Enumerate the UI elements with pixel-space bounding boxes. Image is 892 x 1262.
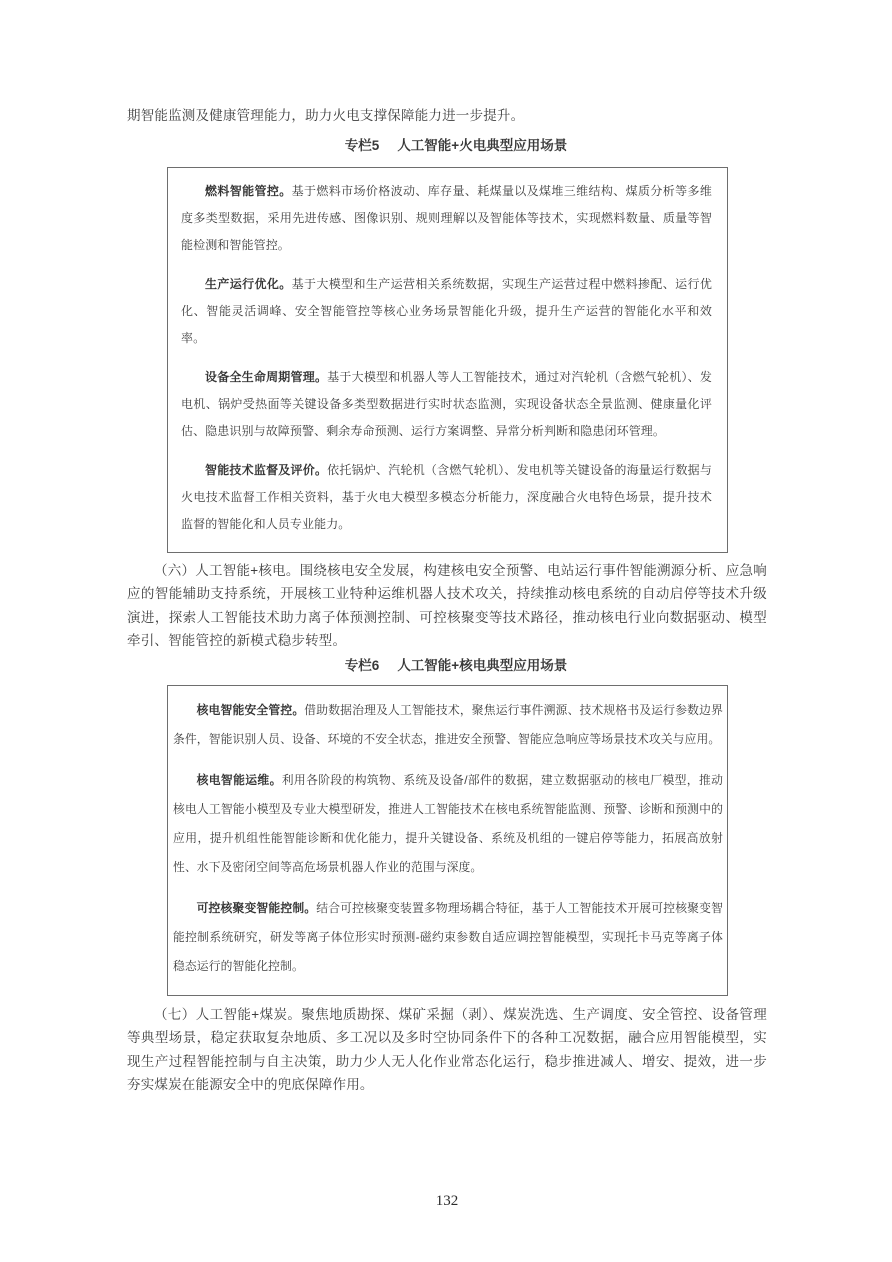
- panel5-item-1-heading: 燃料智能管控。: [205, 184, 292, 198]
- panel5-caption-label: 专栏5: [345, 138, 380, 153]
- panel5-box: 燃料智能管控。基于燃料市场价格波动、库存量、耗煤量以及煤堆三维结构、煤质分析等多…: [167, 167, 728, 553]
- panel6-caption: 专栏6人工智能+核电典型应用场景: [136, 655, 776, 677]
- panel6-item-1-heading: 核电智能安全管控。: [197, 703, 305, 717]
- panel5-caption-title: 人工智能+火电典型应用场景: [397, 138, 567, 153]
- panel5-item-4: 智能技术监督及评价。依托锅炉、汽轮机（含燃气轮机）、发电机等关键设备的海量运行数…: [181, 457, 712, 538]
- continuation-paragraph: 期智能监测及健康管理能力，助力火电支撑保障能力进一步提升。: [127, 104, 767, 128]
- panel5-caption: 专栏5人工智能+火电典型应用场景: [136, 135, 776, 157]
- panel5-item-2-heading: 生产运行优化。: [205, 277, 292, 291]
- panel6-item-2-body: 利用各阶段的构筑物、系统及设备/部件的数据，建立数据驱动的核电厂模型，推动核电人…: [173, 773, 723, 874]
- panel5-item-4-heading: 智能技术监督及评价。: [205, 463, 327, 477]
- panel6-item-1: 核电智能安全管控。借助数据治理及人工智能技术，聚焦运行事件溯源、技术规格书及运行…: [173, 696, 723, 754]
- panel6-item-2-heading: 核电智能运维。: [197, 773, 282, 787]
- document-page: 期智能监测及健康管理能力，助力火电支撑保障能力进一步提升。 专栏5人工智能+火电…: [0, 0, 892, 1262]
- panel5-item-2: 生产运行优化。基于大模型和生产运营相关系统数据，实现生产运营过程中燃料掺配、运行…: [181, 271, 712, 352]
- panel5-item-1: 燃料智能管控。基于燃料市场价格波动、库存量、耗煤量以及煤堆三维结构、煤质分析等多…: [181, 178, 712, 259]
- panel6-box: 核电智能安全管控。借助数据治理及人工智能技术，聚焦运行事件溯源、技术规格书及运行…: [167, 685, 728, 996]
- panel6-item-3-heading: 可控核聚变智能控制。: [197, 901, 317, 915]
- panel6-caption-title: 人工智能+核电典型应用场景: [397, 658, 567, 673]
- panel5-item-3-heading: 设备全生命周期管理。: [205, 370, 327, 384]
- panel5-item-3: 设备全生命周期管理。基于大模型和机器人等人工智能技术，通过对汽轮机（含燃气轮机）…: [181, 364, 712, 445]
- panel6-item-2: 核电智能运维。利用各阶段的构筑物、系统及设备/部件的数据，建立数据驱动的核电厂模…: [173, 766, 723, 882]
- section6-paragraph: （六）人工智能+核电。围绕核电安全发展，构建核电安全预警、电站运行事件智能溯源分…: [127, 559, 767, 653]
- panel6-item-3: 可控核聚变智能控制。结合可控核聚变装置多物理场耦合特征，基于人工智能技术开展可控…: [173, 894, 723, 981]
- section7-paragraph: （七）人工智能+煤炭。聚焦地质勘探、煤矿采掘（剥）、煤炭洗选、生产调度、安全管控…: [127, 1003, 767, 1097]
- panel6-caption-label: 专栏6: [345, 658, 380, 673]
- page-number: 132: [127, 1193, 767, 1210]
